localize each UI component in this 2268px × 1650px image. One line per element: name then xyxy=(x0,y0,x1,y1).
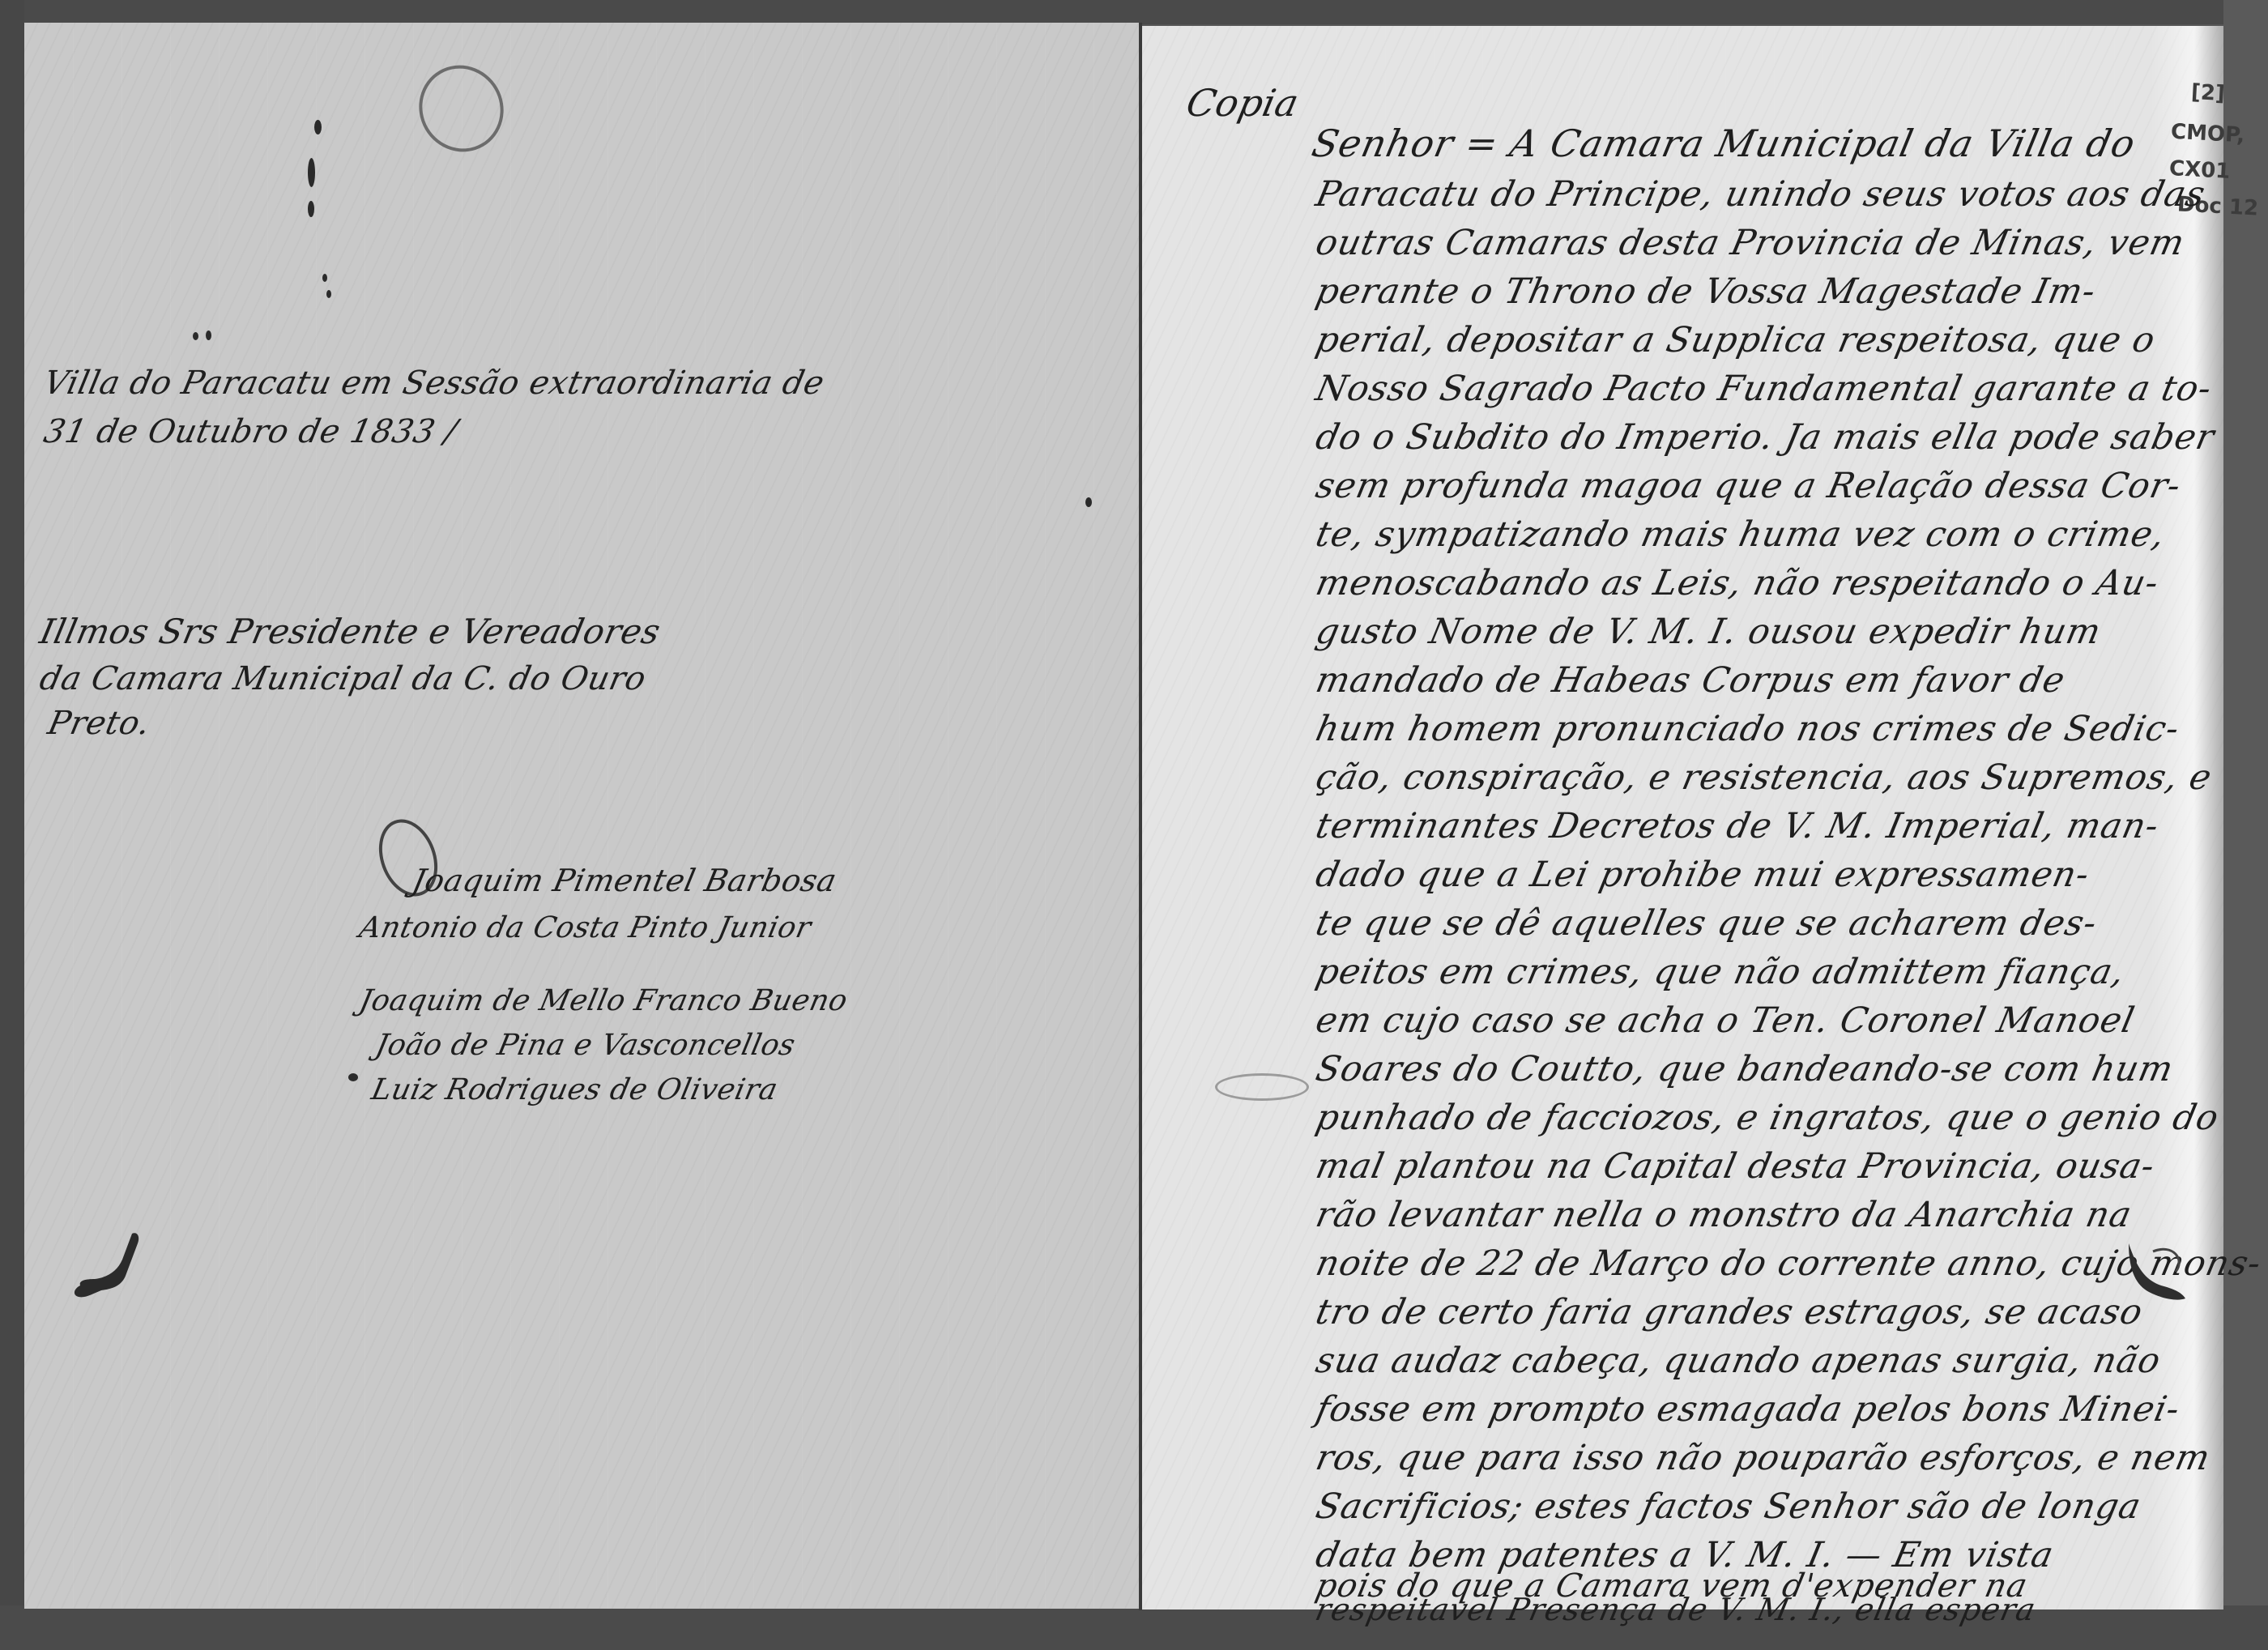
right-line-4: perante o Throno de Vossa Magestade Im- xyxy=(1312,271,2100,312)
left-heading-line-2: 31 de Outubro de 1833 / xyxy=(40,413,461,450)
copia-margin-note: Copia xyxy=(1183,81,1302,125)
right-line-15: terminantes Decretos de V. M. Imperial, … xyxy=(1312,806,2163,846)
ink-dot xyxy=(322,274,327,282)
right-line-23: rão levantar nella o monstro da Anarchia… xyxy=(1312,1195,2136,1235)
right-line-22: mal plantou na Capital desta Provincia, … xyxy=(1312,1146,2159,1187)
right-line-9: te, sympatizando mais huma vez com o cri… xyxy=(1312,514,2169,555)
right-line-5: perial, depositar a Supplica respeitosa,… xyxy=(1312,320,2159,360)
left-address-line-3: Preto. xyxy=(45,705,154,742)
right-line-10: menoscabando as Leis, não respeitando o … xyxy=(1312,563,2163,603)
bleed-through-flourish xyxy=(1215,1073,1309,1101)
right-line-20: Soares do Coutto, que bandeando-se com h… xyxy=(1312,1049,2177,1089)
signature-2: Antonio da Costa Pinto Junior xyxy=(356,911,814,944)
right-line-1: Senhor = A Camara Municipal da Villa do xyxy=(1308,122,2139,165)
ink-dot xyxy=(348,1073,358,1081)
ink-dot xyxy=(314,120,322,134)
right-line-32: respeitavel Presença de V. M. I., ella e… xyxy=(1312,1592,2040,1627)
right-line-7: do o Subdito do Imperio. Ja mais ella po… xyxy=(1312,417,2219,458)
right-line-11: gusto Nome de V. M. I. ousou expedir hum xyxy=(1312,612,2105,652)
scan-border-right xyxy=(2223,0,2268,1650)
ink-stain xyxy=(2104,1235,2202,1308)
left-page xyxy=(24,23,1140,1609)
right-line-27: fosse em prompto esmagada pelos bons Min… xyxy=(1312,1389,2184,1430)
right-line-2: Paracatu do Principe, unindo seus votos … xyxy=(1312,174,2209,215)
left-address-line-1: Illmos Srs Presidente e Vereadores xyxy=(36,612,664,651)
signature-1: Joaquim Pimentel Barbosa xyxy=(409,863,840,898)
ink-dot xyxy=(1085,497,1092,507)
right-line-6: Nosso Sagrado Pacto Fundamental garante … xyxy=(1312,369,2215,409)
ink-stain xyxy=(61,1219,150,1308)
left-address-line-2: da Camara Municipal da C. do Ouro xyxy=(36,660,650,697)
signature-5: Luiz Rodrigues de Oliveira xyxy=(369,1073,781,1106)
archive-label-number: [2] xyxy=(2190,80,2225,106)
ink-dot xyxy=(193,332,198,340)
ink-dot xyxy=(206,330,211,340)
signature-4: João de Pina e Vasconcellos xyxy=(373,1029,799,1062)
right-line-8: sem profunda magoa que a Relação dessa C… xyxy=(1312,466,2185,506)
right-line-18: peitos em crimes, que não admittem fianç… xyxy=(1312,952,2129,992)
right-line-3: outras Camaras desta Provincia de Minas,… xyxy=(1312,223,2189,263)
right-line-12: mandado de Habeas Corpus em favor de xyxy=(1312,660,2069,701)
right-line-13: hum homem pronunciado nos crimes de Sedi… xyxy=(1312,709,2183,749)
left-heading-line-1: Villa do Paracatu em Sessão extraordinar… xyxy=(40,365,828,402)
signature-3: Joaquim de Mello Franco Bueno xyxy=(356,984,850,1017)
right-line-25: tro de certo faria grandes estragos, se … xyxy=(1312,1292,2146,1332)
right-line-21: punhado de facciozos, e ingratos, que o … xyxy=(1312,1098,2223,1138)
scan-border-left xyxy=(0,0,24,1650)
right-line-16: dado que a Lei prohibe mui expressamen- xyxy=(1312,855,2093,895)
ink-dot xyxy=(326,290,331,298)
ink-dot xyxy=(308,201,314,217)
archive-label-fonds: CMOP, xyxy=(2170,120,2245,148)
right-line-26: sua audaz cabeça, quando apenas surgia, … xyxy=(1312,1341,2164,1381)
right-line-14: ção, conspiração, e resistencia, aos Sup… xyxy=(1312,757,2215,798)
scan-border-top xyxy=(0,0,2268,24)
right-line-28: ros, que para isso não pouparão esforços… xyxy=(1312,1438,2214,1478)
right-line-29: Sacrificios; estes factos Senhor são de … xyxy=(1312,1486,2145,1527)
right-line-19: em cujo caso se acha o Ten. Coronel Mano… xyxy=(1312,1000,2138,1041)
ink-dot xyxy=(308,158,315,187)
right-line-17: te que se dê aquelles que se acharem des… xyxy=(1312,903,2101,944)
